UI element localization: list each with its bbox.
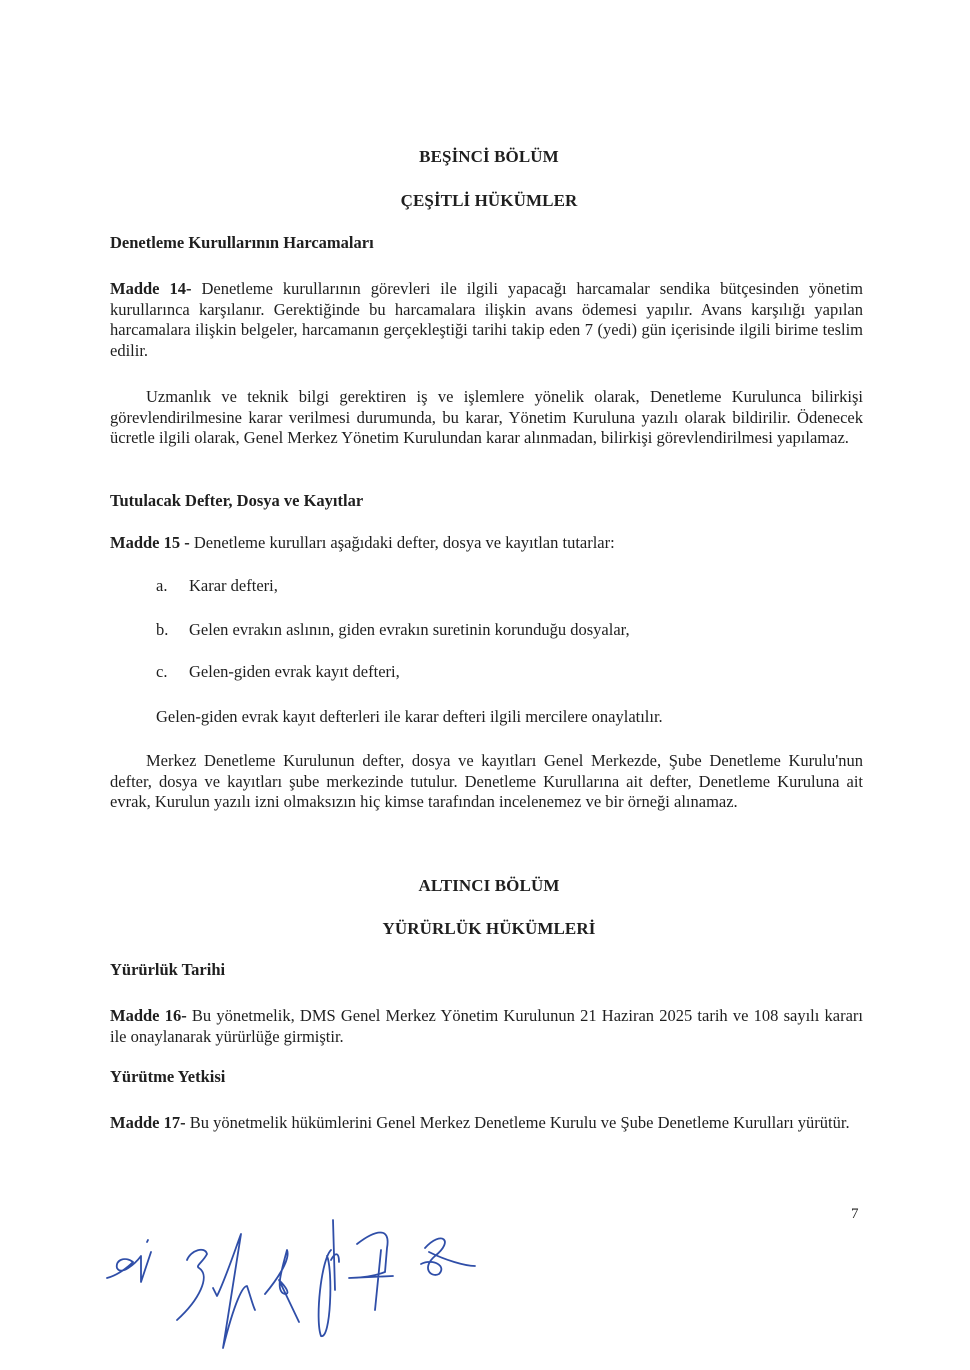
article-16-label: Madde 16- [110, 1006, 187, 1025]
article-14-paragraph: Madde 14- Denetleme kurullarının görevle… [110, 279, 863, 361]
article-14-heading: Denetleme Kurullarının Harcamaları [110, 233, 374, 253]
signature-2 [177, 1250, 207, 1320]
list-marker: c. [156, 662, 189, 682]
article-17-label: Madde 17- [110, 1113, 186, 1132]
article-15-label: Madde 15 - [110, 533, 190, 552]
list-marker: b. [156, 620, 189, 640]
signature-7 [421, 1238, 475, 1274]
section-6-title: ALTINCI BÖLÜM [0, 876, 970, 896]
list-text: Gelen-giden evrak kayıt defteri, [189, 662, 400, 681]
article-15-paragraph: Madde 15 - Denetleme kurulları aşağıdaki… [110, 533, 863, 554]
article-17-heading: Yürütme Yetkisi [110, 1067, 225, 1087]
article-16-heading: Yürürlük Tarihi [110, 960, 225, 980]
list-text: Karar defteri, [189, 576, 278, 595]
article-16-text: Bu yönetmelik, DMS Genel Merkez Yönetim … [110, 1006, 863, 1046]
signature-3 [213, 1234, 255, 1348]
list-item: c.Gelen-giden evrak kayıt defteri, [156, 662, 400, 682]
article-14-paragraph-2: Uzmanlık ve teknik bilgi gerektiren iş v… [110, 387, 863, 449]
article-16-paragraph: Madde 16- Bu yönetmelik, DMS Genel Merke… [110, 1006, 863, 1047]
signatures [95, 1190, 655, 1370]
article-17-text: Bu yönetmelik hükümlerini Genel Merkez D… [186, 1113, 850, 1132]
signature-5 [319, 1220, 339, 1336]
document-page: BEŞİNCİ BÖLÜM ÇEŞİTLİ HÜKÜMLER Denetleme… [0, 0, 970, 1370]
section-5-subtitle: ÇEŞİTLİ HÜKÜMLER [0, 191, 970, 211]
article-15-text: Denetleme kurulları aşağıdaki defter, do… [190, 533, 615, 552]
article-15-paragraph-2: Merkez Denetleme Kurulunun defter, dosya… [110, 751, 863, 813]
list-text: Gelen evrakın aslının, giden evrakın sur… [189, 620, 630, 639]
article-14-label: Madde 14- [110, 279, 191, 298]
article-14-text: Denetleme kurullarının görevleri ile ilg… [110, 279, 863, 360]
page-number: 7 [851, 1206, 859, 1223]
section-5-title: BEŞİNCİ BÖLÜM [0, 147, 970, 167]
article-15-heading: Tutulacak Defter, Dosya ve Kayıtlar [110, 491, 363, 511]
signature-6 [349, 1233, 393, 1311]
list-item: a.Karar defteri, [156, 576, 278, 596]
section-6-subtitle: YÜRÜRLÜK HÜKÜMLERİ [0, 919, 970, 939]
list-item: b.Gelen evrakın aslının, giden evrakın s… [156, 620, 630, 640]
list-marker: a. [156, 576, 189, 596]
signature-1 [107, 1240, 151, 1282]
signature-4 [265, 1250, 299, 1322]
article-17-paragraph: Madde 17- Bu yönetmelik hükümlerini Gene… [110, 1113, 863, 1134]
approval-line: Gelen-giden evrak kayıt defterleri ile k… [156, 707, 663, 727]
